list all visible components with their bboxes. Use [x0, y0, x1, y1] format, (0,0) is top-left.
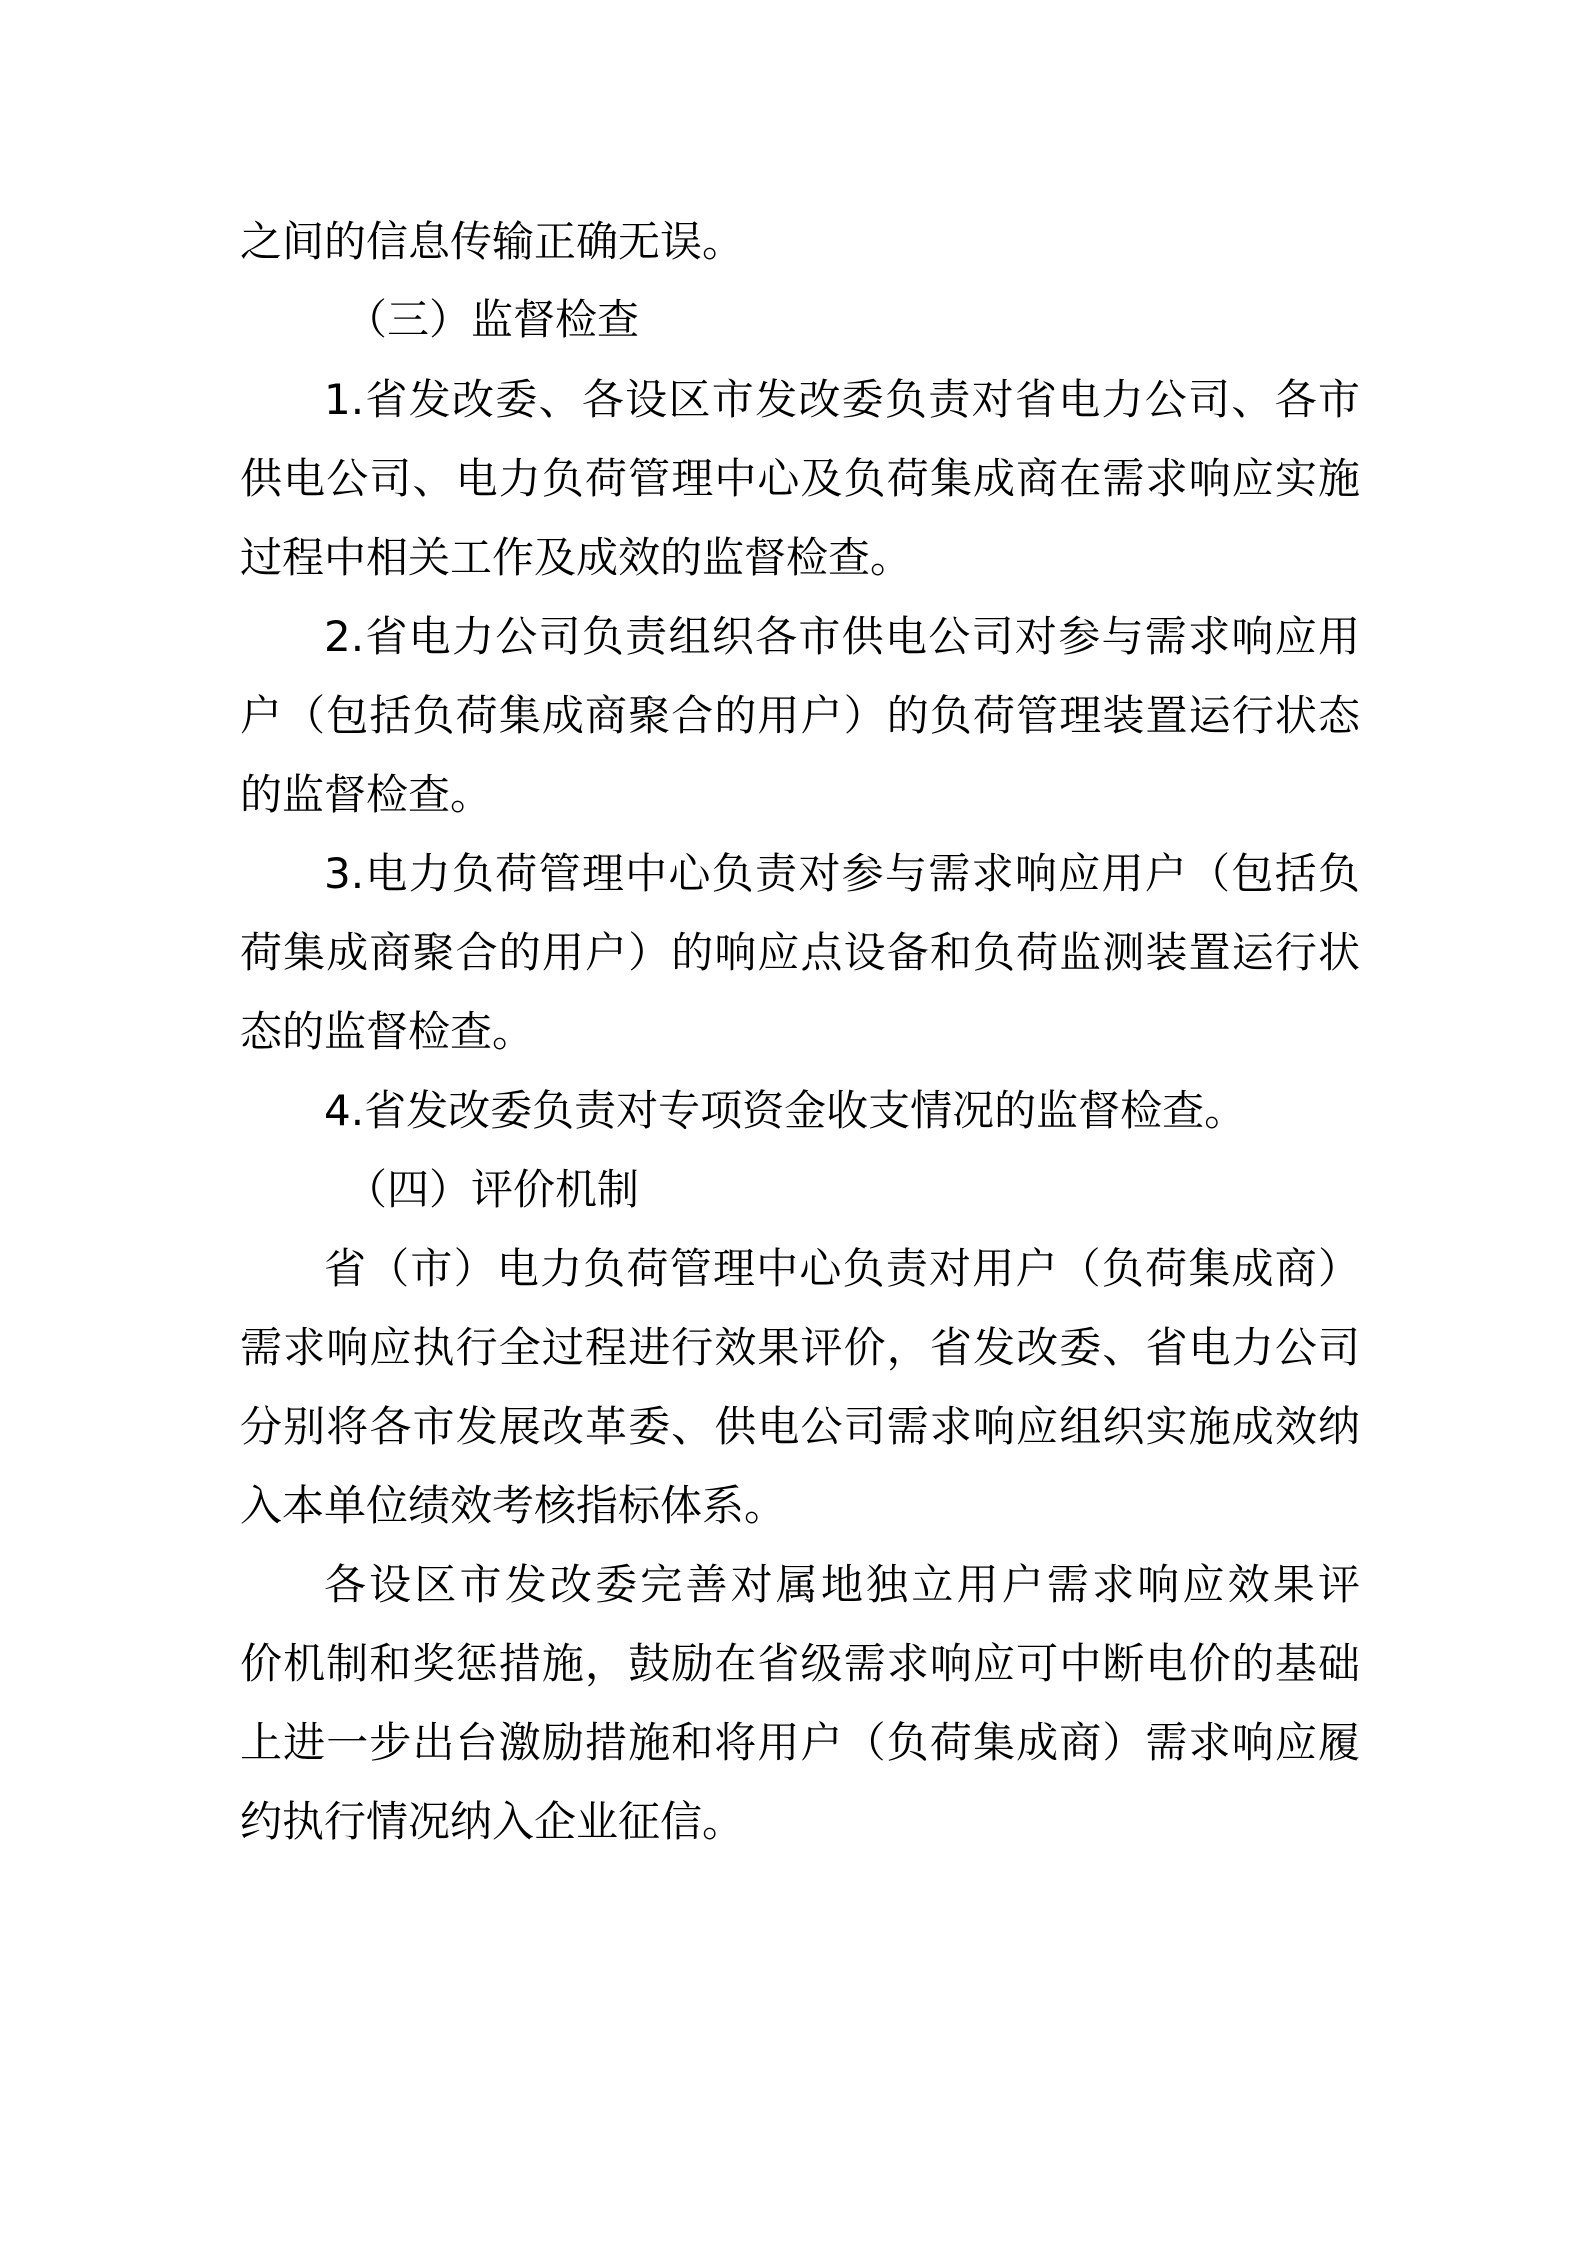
- document-page: 之间的信息传输正确无误。 （三）监督检查 1.省发改委、各设区市发改委负责对省电…: [0, 0, 1587, 2245]
- paragraph-2-line: 的监督检查。: [240, 765, 1360, 825]
- paragraph-6-line: 各设区市发改委完善对属地独立用户需求响应效果评: [324, 1555, 1360, 1615]
- paragraph-5-line: 入本单位绩效考核指标体系。: [240, 1476, 1360, 1536]
- paragraph-5-line: 省（市）电力负荷管理中心负责对用户（负荷集成商）: [324, 1239, 1360, 1299]
- paragraph-5-line: 需求响应执行全过程进行效果评价，省发改委、省电力公司: [240, 1318, 1360, 1378]
- paragraph-1-line: 过程中相关工作及成效的监督检查。: [240, 528, 1360, 588]
- paragraph-1-line: 供电公司、电力负荷管理中心及负荷集成商在需求响应实施: [240, 449, 1360, 509]
- paragraph-3-line: 荷集成商聚合的用户）的响应点设备和负荷监测装置运行状: [240, 923, 1360, 983]
- paragraph-4-line: 4.省发改委负责对专项资金收支情况的监督检查。: [324, 1081, 1360, 1141]
- paragraph-continuation-line: 之间的信息传输正确无误。: [240, 212, 1360, 272]
- paragraph-2-line: 户（包括负荷集成商聚合的用户）的负荷管理装置运行状态: [240, 686, 1360, 746]
- paragraph-1-line: 1.省发改委、各设区市发改委负责对省电力公司、各市: [324, 370, 1360, 430]
- section-heading-supervision: （三）监督检查: [345, 290, 1360, 350]
- paragraph-6-line: 约执行情况纳入企业征信。: [240, 1792, 1360, 1852]
- paragraph-6-line: 上进一步出台激励措施和将用户（负荷集成商）需求响应履: [240, 1713, 1360, 1773]
- paragraph-3-line: 态的监督检查。: [240, 1002, 1360, 1062]
- section-heading-evaluation: （四）评价机制: [345, 1160, 1360, 1220]
- paragraph-6-line: 价机制和奖惩措施，鼓励在省级需求响应可中断电价的基础: [240, 1634, 1360, 1694]
- paragraph-5-line: 分别将各市发展改革委、供电公司需求响应组织实施成效纳: [240, 1397, 1360, 1457]
- paragraph-3-line: 3.电力负荷管理中心负责对参与需求响应用户（包括负: [324, 844, 1360, 904]
- paragraph-2-line: 2.省电力公司负责组织各市供电公司对参与需求响应用: [324, 607, 1360, 667]
